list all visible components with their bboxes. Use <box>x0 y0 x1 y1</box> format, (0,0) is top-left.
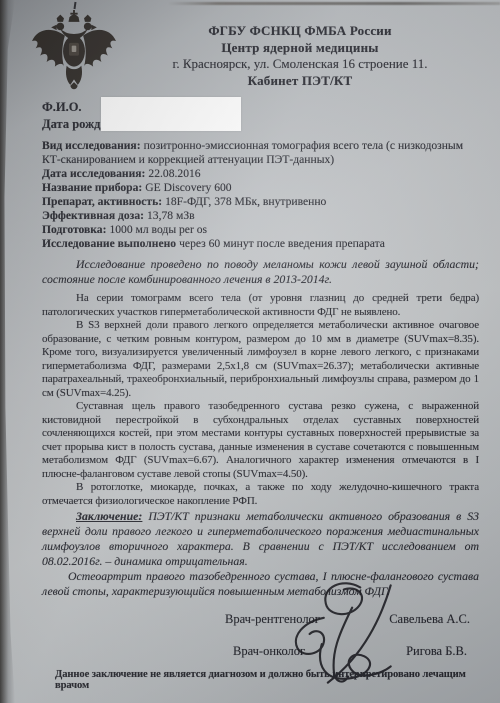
org-address: г. Красноярск, ул. Смоленская 16 строени… <box>120 56 480 73</box>
findings-paragraph: В S3 верхней доли правого легкого опреде… <box>42 319 479 400</box>
field-preparation: Подготовка:1000 мл воды per os <box>42 223 479 237</box>
field-study-date: Дата исследования:22.08.2016 <box>42 167 479 181</box>
ink-speck <box>74 2 77 9</box>
dob-label: Дата рожд <box>42 116 100 133</box>
document-photo: ФГБУ ФСНКЦ ФМБА России Центр ядерной мед… <box>0 0 500 703</box>
findings-paragraph: Суставная щель правого тазобедренного су… <box>42 400 479 481</box>
double-headed-eagle-icon <box>28 10 120 94</box>
findings-paragraph: На серии томограмм всего тела (от уровня… <box>42 292 479 319</box>
findings-section: На серии томограмм всего тела (от уровня… <box>42 292 479 508</box>
org-name: ФГБУ ФСНКЦ ФМБА России <box>120 23 480 40</box>
paper-left-edge-shadow <box>0 0 15 703</box>
field-study-type: Вид исследования:позитронно-эмиссионная … <box>42 139 479 167</box>
center-name: Центр ядерной медицины <box>120 40 480 57</box>
patient-block: Ф.И.О. Дата рожд <box>42 99 100 133</box>
field-tracer: Препарат, активность:18F-ФДГ, 378 МБк, в… <box>42 195 479 209</box>
field-device: Название прибора:GE Discovery 600 <box>42 181 479 195</box>
oncologist-name: Ригова Б.В. <box>406 644 467 659</box>
field-dose: Эффективная доза:13,78 мЗв <box>42 209 479 223</box>
letterhead: ФГБУ ФСНКЦ ФМБА России Центр ядерной мед… <box>120 23 480 89</box>
conclusion-label: Заключение: <box>76 509 142 523</box>
paper-top-edge-line <box>168 2 500 5</box>
cabinet-name: Кабинет ПЭТ/КТ <box>120 73 480 90</box>
study-parameters: Вид исследования:позитронно-эмиссионная … <box>42 139 479 251</box>
indication-paragraph: Исследование проведено по поводу меланом… <box>42 257 479 286</box>
redaction-box <box>101 97 241 131</box>
findings-paragraph: В ротоглотке, миокарде, почках, а также … <box>42 481 479 508</box>
fio-label: Ф.И.О. <box>42 99 100 116</box>
disclaimer-text: Данное заключение не является диагнозом … <box>55 669 475 691</box>
report-paper: ФГБУ ФСНКЦ ФМБА России Центр ядерной мед… <box>0 0 500 703</box>
conclusion-paragraph: Заключение: ПЭТ/КТ признаки метаболическ… <box>42 509 479 569</box>
field-performed-after: Исследование выполненочерез 60 минут пос… <box>42 237 479 251</box>
